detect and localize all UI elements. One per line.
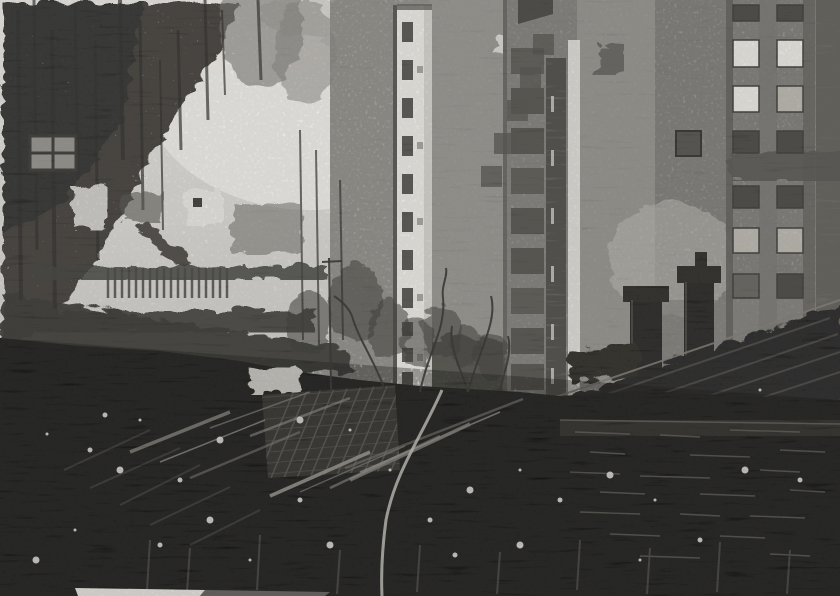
- paper-grain-overlay: [0, 0, 840, 596]
- grain-light: [0, 0, 840, 596]
- artwork-canvas: [0, 0, 840, 596]
- charcoal-cityscape-drawing: [0, 0, 840, 596]
